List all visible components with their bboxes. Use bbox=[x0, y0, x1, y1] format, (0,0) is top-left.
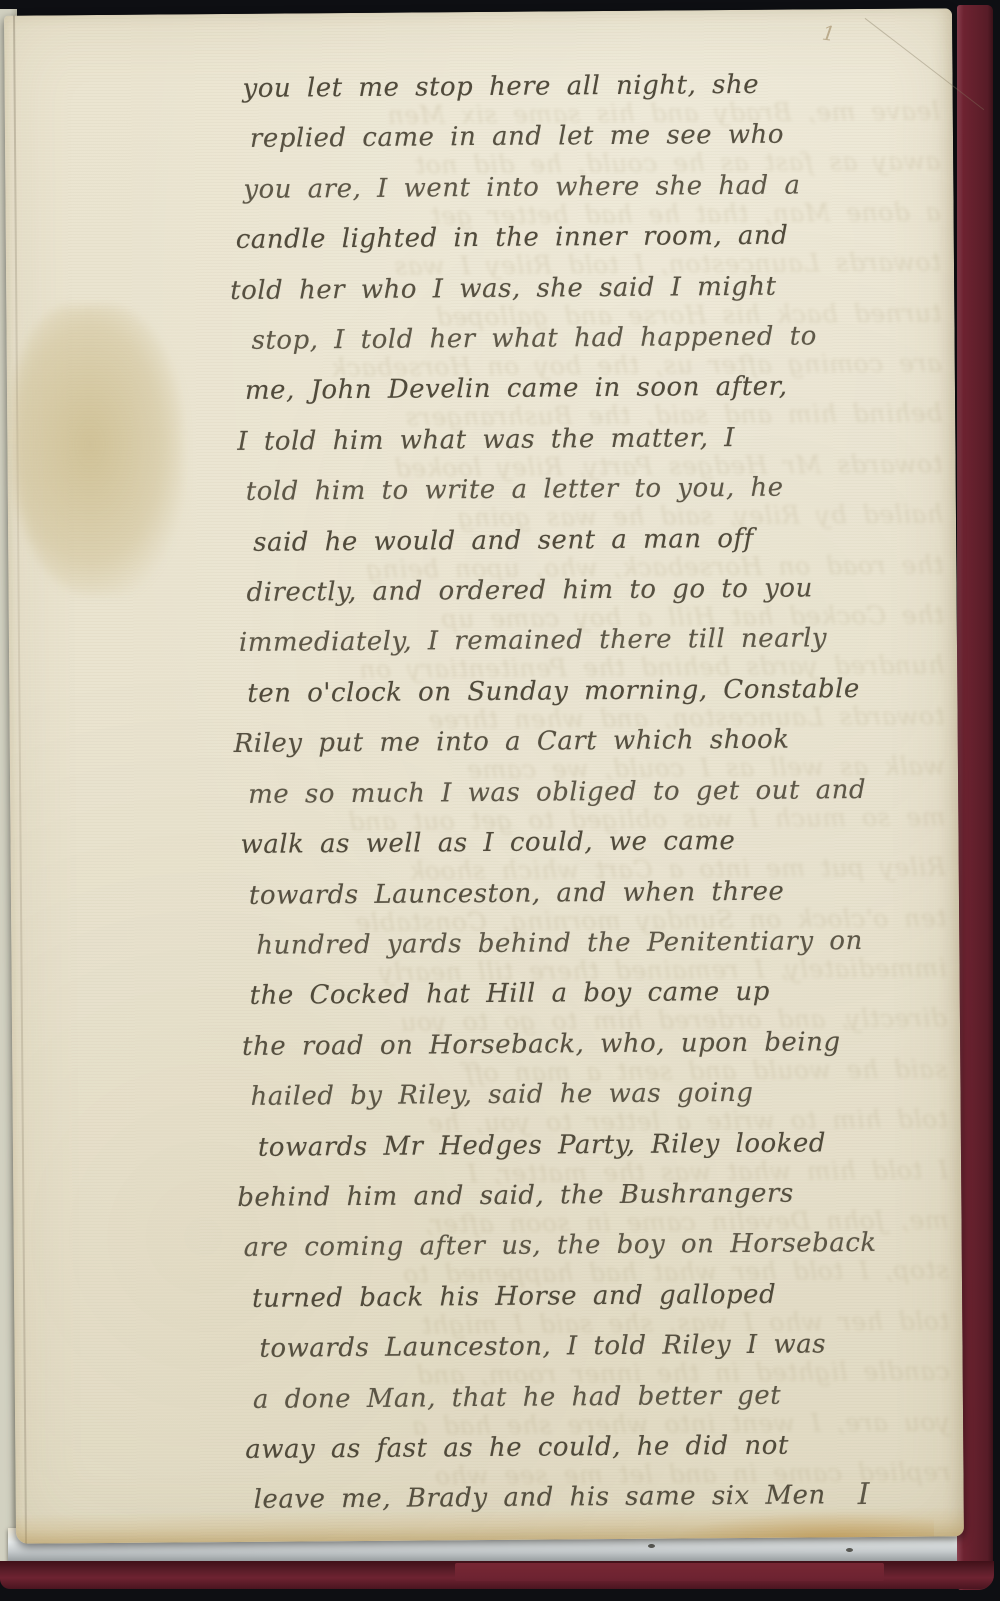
text-line: turned back his Horse and galloped bbox=[252, 1268, 952, 1324]
text-line: the road on Horseback, who, upon being bbox=[242, 1016, 950, 1072]
edge-speck bbox=[846, 1548, 853, 1552]
text-line: directly, and ordered him to go to you bbox=[246, 562, 946, 618]
text-line: told him to write a letter to you, he bbox=[246, 462, 946, 518]
text-line: me, John Develin came in soon after, bbox=[245, 361, 945, 417]
text-line: immediately, I remained there till nearl… bbox=[239, 613, 947, 669]
edge-speck bbox=[648, 1544, 655, 1548]
text-line: are coming after us, the boy on Horsebac… bbox=[244, 1218, 952, 1274]
text-line: told her who I was, she said I might bbox=[230, 260, 944, 316]
handwritten-text: you let me stop here all night, sherepli… bbox=[242, 58, 953, 1525]
text-line: behind him and said, the Bushrangers bbox=[237, 1167, 951, 1223]
text-line: towards Mr Hedges Party, Riley looked bbox=[258, 1117, 951, 1173]
text-line: you are, I went into where she had a bbox=[243, 159, 943, 215]
text-line: walk as well as I could, we came bbox=[240, 814, 948, 870]
text-line: hundred yards behind the Penitentiary on bbox=[256, 915, 949, 971]
text-line: away as fast as he could, he did not bbox=[245, 1419, 953, 1475]
text-line: you let me stop here all night, she bbox=[242, 58, 942, 114]
text-line: ten o'clock on Sunday morning, Constable bbox=[247, 663, 947, 719]
text-line: I told him what was the matter, I bbox=[237, 411, 945, 467]
text-line: stop, I told her what had happened to bbox=[251, 310, 944, 366]
text-line: said he would and sent a man off bbox=[253, 512, 946, 568]
photo-background: 1 leave me, Brady and his same six Menaw… bbox=[0, 0, 1000, 1601]
text-line: a done Man, that he had better get bbox=[253, 1369, 953, 1425]
manuscript-page: 1 leave me, Brady and his same six Menaw… bbox=[4, 8, 964, 1543]
text-line: towards Launceston, I told Riley I was bbox=[259, 1318, 952, 1374]
text-line: hailed by Riley, said he was going bbox=[250, 1066, 950, 1122]
text-line: towards Launceston, and when three bbox=[249, 865, 949, 921]
book-cover-bottom bbox=[0, 1561, 994, 1589]
text-line: Riley put me into a Cart which shook bbox=[234, 714, 948, 770]
text-line: the Cocked hat Hill a boy came up bbox=[250, 966, 950, 1022]
text-line: replied came in and let me see who bbox=[250, 109, 943, 165]
text-line: me so much I was obliged to get out and bbox=[248, 764, 948, 820]
text-line: candle lighted in the inner room, and bbox=[236, 210, 944, 266]
